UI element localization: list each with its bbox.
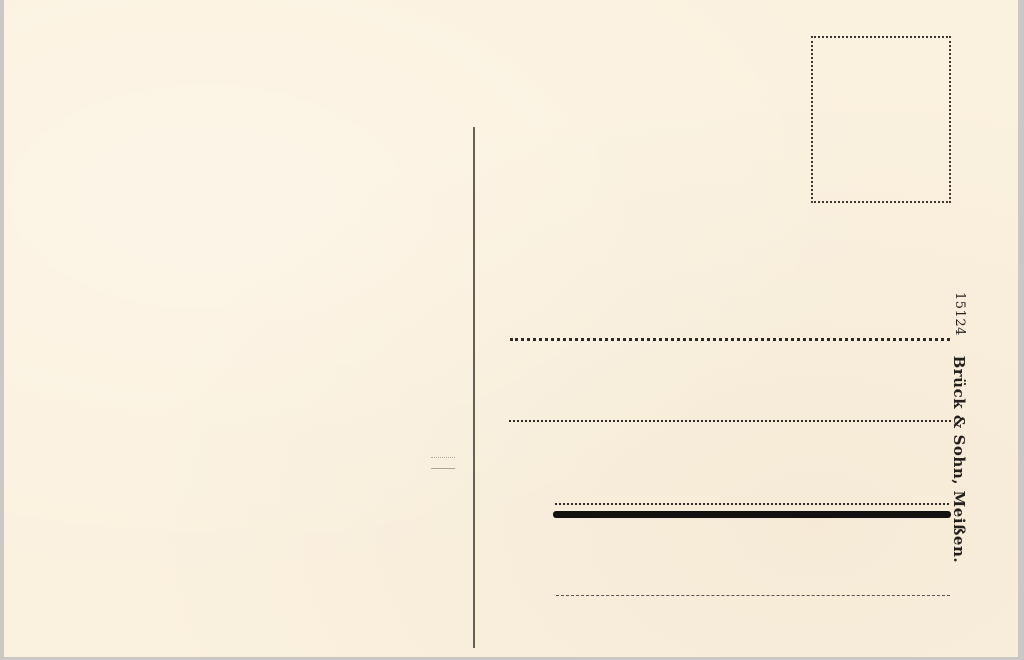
center-divider-line xyxy=(473,127,475,648)
address-line-2 xyxy=(509,420,951,422)
address-underline-bold xyxy=(553,511,951,518)
address-line-4 xyxy=(556,595,950,596)
stamp-placement-box xyxy=(811,36,951,203)
ink-smudge xyxy=(431,457,455,469)
postcard-back: 15124 Brück & Sohn, Meißen. xyxy=(4,0,1018,657)
publisher-imprint: 15124 Brück & Sohn, Meißen. xyxy=(950,292,968,563)
publisher-name: Brück & Sohn, Meißen. xyxy=(950,356,968,564)
address-line-1 xyxy=(510,338,950,341)
catalog-number: 15124 xyxy=(952,292,967,336)
address-line-3 xyxy=(555,503,949,505)
